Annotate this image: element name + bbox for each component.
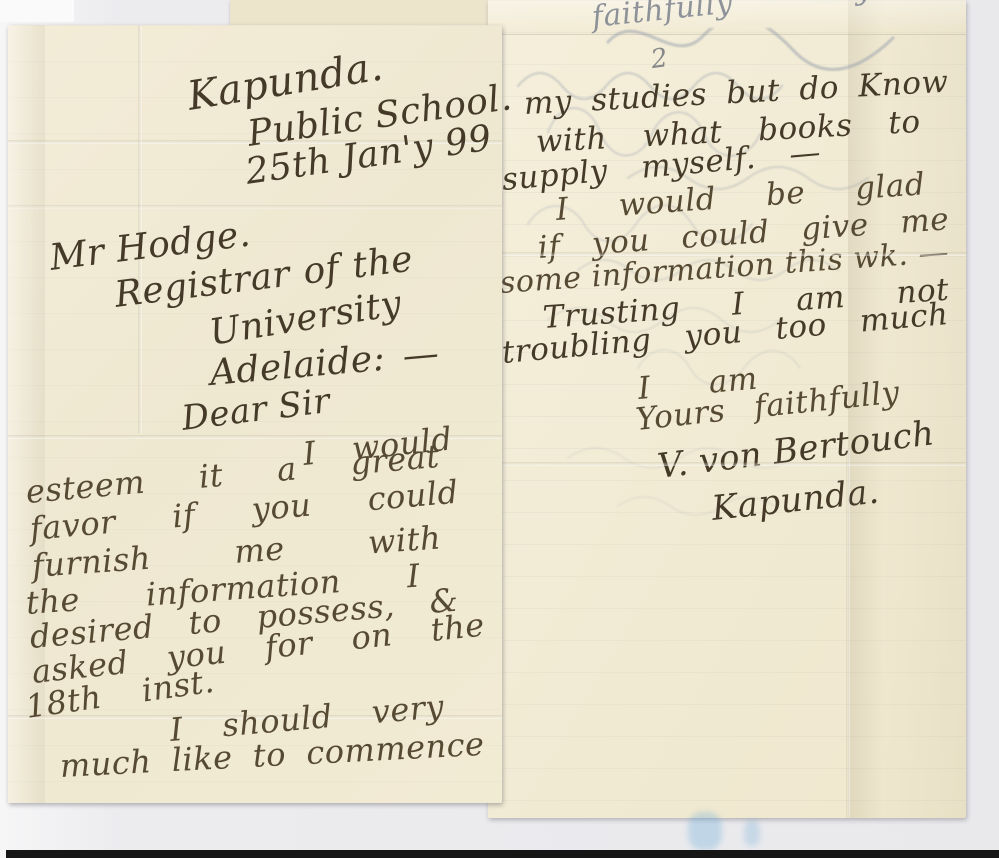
scanner-blue-smudge — [744, 820, 760, 846]
right-page: faithfully yo 2 my studies but do Know w… — [488, 0, 966, 818]
page-number: 2 — [649, 43, 670, 75]
letter-scan: faithfully yo 2 my studies but do Know w… — [0, 0, 999, 858]
scanner-edge-band — [6, 850, 999, 858]
fold-crease — [488, 462, 966, 466]
fold-crease — [846, 450, 850, 818]
handwriting-line: much like to commence — [59, 728, 485, 784]
left-page: Kapunda. Public School. 25th Jan'y 99 Mr… — [8, 25, 502, 803]
salutation-line: Dear Sir — [180, 386, 318, 438]
scanner-blue-smudge — [688, 812, 722, 850]
fold-crease — [8, 205, 502, 209]
scanner-white-corner — [0, 0, 74, 22]
fold-crease — [488, 252, 966, 256]
